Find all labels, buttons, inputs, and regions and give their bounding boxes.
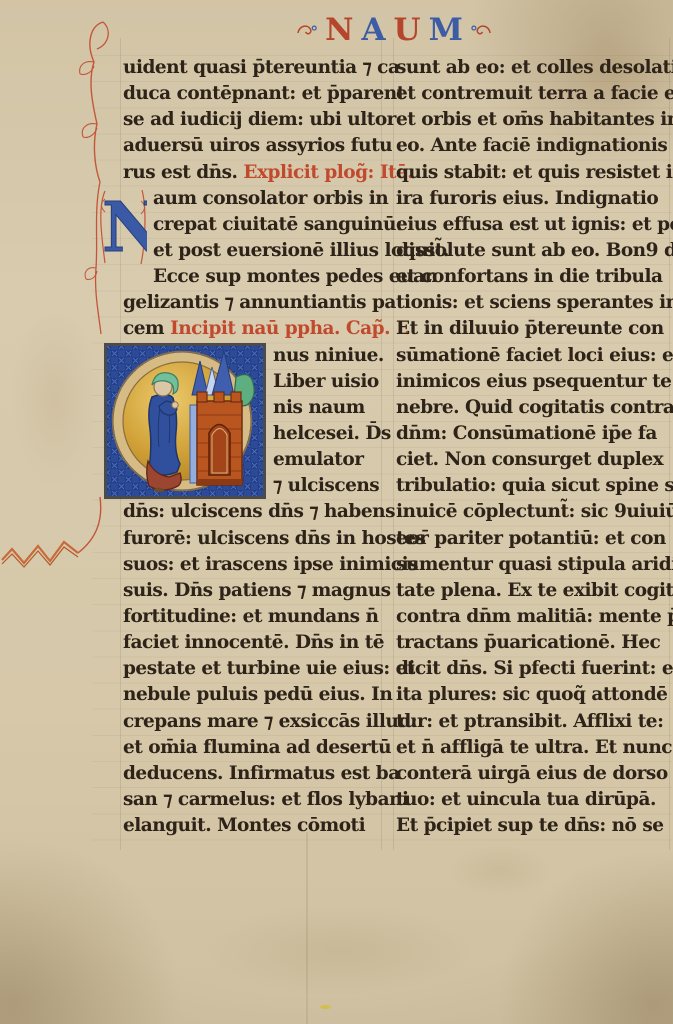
- body-text: ira furoris eius. Indignatio: [396, 188, 658, 209]
- text-line: elanguit. Montes cōmoti: [123, 813, 381, 839]
- text-line: et contremuit terra a facie ei9:: [396, 81, 670, 107]
- body-text: tuo: et uincula tua dirūpā.: [396, 789, 656, 810]
- text-line: se ad iudicij diem: ubi ultor: [123, 107, 381, 133]
- body-text: ⁊ ulciscens: [273, 475, 379, 496]
- text-line: tionis: et sciens sperantes in se.: [396, 290, 670, 316]
- body-text: furorē: ulciscens dn̄s in hostes: [123, 528, 425, 549]
- body-text: nis naum: [273, 397, 365, 418]
- text-line: pestate et turbine uie eius: et: [123, 656, 381, 682]
- body-text: eius effusa est ut ignis: et petre: [396, 214, 673, 235]
- body-text: deducens. Infirmatus est ba: [123, 763, 400, 784]
- versal-initial-n: N: [99, 187, 147, 265]
- running-title: NAUM: [296, 13, 492, 47]
- body-text: crepat ciuitatē sanguinū:: [153, 214, 402, 235]
- merlon: [197, 392, 207, 402]
- body-text: nebre. Quid cogitatis contra: [396, 397, 673, 418]
- text-line: ira furoris eius. Indignatio: [396, 186, 670, 212]
- text-line: et n̄ affligā te ultra. Et nunc: [396, 735, 670, 761]
- heading-letter: M: [429, 13, 463, 47]
- text-line: deducens. Infirmatus est ba: [123, 761, 381, 787]
- text-line: crepat ciuitatē sanguinū:: [123, 212, 381, 238]
- body-text: contra dn̄m malitiā: mente p̄: [396, 606, 673, 627]
- rubric-text: Incipit naū ppha. Cap̃. I.: [170, 318, 410, 339]
- body-text: fortitudine: et mundans n̄: [123, 606, 378, 627]
- text-line: inuicē cōplectunt̃: sic 9uiuiū: [396, 499, 670, 525]
- body-text: ita plures: sic quoq̃ attondē: [396, 684, 667, 705]
- text-line: ciet. Non consurget duplex: [396, 447, 670, 473]
- body-text: tate plena. Ex te exibit cogitās: [396, 580, 673, 601]
- heading-letter: A: [361, 13, 385, 47]
- body-text: Et in diluuio p̄tereunte con: [396, 318, 664, 339]
- body-text: tribulatio: quia sicut spine se: [396, 475, 673, 496]
- hand: [172, 401, 178, 407]
- tower-side-wall: [190, 405, 197, 483]
- body-text: nebule puluis pedū eius. In: [123, 684, 392, 705]
- text-line: ita plures: sic quoq̃ attondē: [396, 682, 670, 708]
- merlon: [231, 392, 241, 402]
- text-line: aum consolator orbis in: [123, 186, 381, 212]
- body-text: tionis: et sciens sperantes in se.: [396, 292, 673, 313]
- body-text: crepans mare ⁊ exsiccās illud:: [123, 711, 417, 732]
- body-text: et n̄ affligā te ultra. Et nunc: [396, 737, 672, 758]
- text-line: et om̄ia flumina ad desertū: [123, 735, 381, 761]
- body-text: san ⁊ carmelus: et flos lybani: [123, 789, 409, 810]
- body-text: sumentur quasi stipula aridi: [396, 554, 673, 575]
- body-text: aduersū uiros assyrios futu: [123, 135, 392, 156]
- text-line: suis. Dn̄s patiens ⁊ magnus: [123, 578, 381, 604]
- text-line: uident quasi p̄tereuntia ⁊ ca: [123, 55, 381, 81]
- text-line: dicit dn̄s. Si pfecti fuerint: et: [396, 656, 670, 682]
- body-text: Liber uisio: [273, 371, 379, 392]
- text-line: dn̄s: ulciscens dn̄s ⁊ habens: [123, 499, 381, 525]
- body-text: suos: et irascens ipse inimicis: [123, 554, 418, 575]
- merlon: [214, 392, 224, 402]
- foot: [154, 487, 164, 492]
- heading-letter: U: [394, 13, 421, 47]
- body-text: helcesei. D̄s: [273, 423, 391, 444]
- text-line: cem Incipit naū ppha. Cap̃. I.: [123, 316, 381, 342]
- text-line: fortitudine: et mundans n̄: [123, 604, 381, 630]
- body-text: ciet. Non consurget duplex: [396, 449, 663, 470]
- text-line: et orbis et om̄s habitantes in: [396, 107, 670, 133]
- body-text: dn̄s: ulciscens dn̄s ⁊ habens: [123, 501, 395, 522]
- body-text: eor̄ pariter potantiū: et con: [396, 528, 666, 549]
- text-line: eo. Ante faciē indignationis ei9: [396, 133, 670, 159]
- body-text: inuicē cōplectunt̃: sic 9uiuiū: [396, 501, 673, 522]
- header-flourish-right-icon: [471, 22, 492, 38]
- yellow-mark: [320, 1005, 331, 1009]
- body-text: duca contēpnant: et p̄parent: [123, 83, 405, 104]
- text-line: eor̄ pariter potantiū: et con: [396, 526, 670, 552]
- body-text: dicit dn̄s. Si pfecti fuerint: et: [396, 658, 673, 679]
- body-text: suis. Dn̄s patiens ⁊ magnus: [123, 580, 391, 601]
- flourish-tail: [78, 497, 101, 553]
- text-line: Et p̄cipiet sup te dn̄s: nō se: [396, 813, 670, 839]
- text-line: eius effusa est ut ignis: et petre: [396, 212, 670, 238]
- body-text: aum consolator orbis in: [153, 188, 388, 209]
- text-line: suos: et irascens ipse inimicis: [123, 552, 381, 578]
- text-line: conterā uirgā eius de dorso: [396, 761, 670, 787]
- body-text: elanguit. Montes cōmoti: [123, 815, 365, 836]
- text-line: nebre. Quid cogitatis contra: [396, 395, 670, 421]
- text-line: tuo: et uincula tua dirūpā.: [396, 787, 670, 813]
- body-text: eo. Ante faciē indignationis ei9: [396, 135, 673, 156]
- body-text: dissolute sunt ab eo. Bon9 dn̄s.: [396, 240, 673, 261]
- text-line: Ecce sup montes pedes euan: [123, 264, 381, 290]
- body-text: tur: et ptransibit. Afflixi te:: [396, 711, 663, 732]
- text-line: gelizantis ⁊ annuntiantis pa: [123, 290, 381, 316]
- body-text: emulator: [273, 449, 363, 470]
- text-line: nebule puluis pedū eius. In: [123, 682, 381, 708]
- body-text: nus niniue.: [273, 345, 384, 366]
- body-text: dn̄m: Consūmationē ip̄e fa: [396, 423, 657, 444]
- body-text: Et p̄cipiet sup te dn̄s: nō se: [396, 815, 664, 836]
- text-line: aduersū uiros assyrios futu: [123, 133, 381, 159]
- body-text: et orbis et om̄s habitantes in: [396, 109, 673, 130]
- text-line: duca contēpnant: et p̄parent: [123, 81, 381, 107]
- heading-letter: N: [325, 13, 353, 47]
- text-line: furorē: ulciscens dn̄s in hostes: [123, 526, 381, 552]
- body-text: uident quasi p̄tereuntia ⁊ ca: [123, 57, 399, 78]
- body-text: sūmationē faciet loci eius: et: [396, 345, 673, 366]
- body-text: sunt ab eo: et colles desolati st̃:: [396, 57, 673, 78]
- versal-letter: N: [102, 188, 147, 265]
- text-line: tur: et ptransibit. Afflixi te:: [396, 709, 670, 735]
- text-line: dn̄m: Consūmationē ip̄e fa: [396, 421, 670, 447]
- body-text: inimicos eius psequentur te: [396, 371, 671, 392]
- text-line: et post euersionē illius loquit̃.: [123, 238, 381, 264]
- body-text: se ad iudicij diem: ubi ultor: [123, 109, 396, 130]
- body-text: gelizantis ⁊ annuntiantis pa: [123, 292, 396, 313]
- text-line: contra dn̄m malitiā: mente p̄: [396, 604, 670, 630]
- text-line: quis stabit: et quis resistet in: [396, 160, 670, 186]
- body-text: Ecce sup montes pedes euan: [153, 266, 438, 287]
- text-line: dissolute sunt ab eo. Bon9 dn̄s.: [396, 238, 670, 264]
- text-line: crepans mare ⁊ exsiccās illud:: [123, 709, 381, 735]
- body-text: quis stabit: et quis resistet in: [396, 162, 673, 183]
- body-text: et confortans in die tribula: [396, 266, 663, 287]
- text-line: sumentur quasi stipula aridi: [396, 552, 670, 578]
- manuscript-page: NAUM uident quasi p̄tereuntia ⁊ caduca c…: [0, 0, 673, 1024]
- illuminated-initial-o: [104, 343, 266, 499]
- text-line: sūmationē faciet loci eius: et: [396, 343, 670, 369]
- parchment-seam-zigzag: [2, 542, 78, 563]
- body-text: pestate et turbine uie eius: et: [123, 658, 415, 679]
- text-line: faciet innocentē. Dn̄s in tē: [123, 630, 381, 656]
- body-text: et om̄ia flumina ad desertū: [123, 737, 391, 758]
- rubric-text: Explicit plog̃: Itē.: [243, 162, 413, 183]
- text-line: tractans p̄uaricationē. Hec: [396, 630, 670, 656]
- body-text: tractans p̄uaricationē. Hec: [396, 632, 660, 653]
- text-column-left: uident quasi p̄tereuntia ⁊ caduca contēp…: [123, 55, 381, 839]
- parchment-crease: [306, 832, 308, 1024]
- margin-penwork-flourish: [0, 0, 130, 600]
- text-line: et confortans in die tribula: [396, 264, 670, 290]
- text-line: tribulatio: quia sicut spine se: [396, 473, 670, 499]
- header-flourish-left-icon: [296, 22, 317, 38]
- body-text: cem: [123, 318, 170, 339]
- text-line: san ⁊ carmelus: et flos lybani: [123, 787, 381, 813]
- text-line: sunt ab eo: et colles desolati st̃:: [396, 55, 670, 81]
- page-heading: NAUM: [325, 13, 463, 47]
- body-text: rus est dn̄s.: [123, 162, 243, 183]
- text-column-right: sunt ab eo: et colles desolati st̃:et co…: [396, 55, 670, 839]
- text-line: tate plena. Ex te exibit cogitās: [396, 578, 670, 604]
- text-line: inimicos eius psequentur te: [396, 369, 670, 395]
- text-line: Et in diluuio p̄tereunte con: [396, 316, 670, 342]
- tower-base: [197, 479, 242, 485]
- body-text: et contremuit terra a facie ei9:: [396, 83, 673, 104]
- text-line: rus est dn̄s. Explicit plog̃: Itē.: [123, 160, 381, 186]
- body-text: faciet innocentē. Dn̄s in tē: [123, 632, 384, 653]
- body-text: conterā uirgā eius de dorso: [396, 763, 668, 784]
